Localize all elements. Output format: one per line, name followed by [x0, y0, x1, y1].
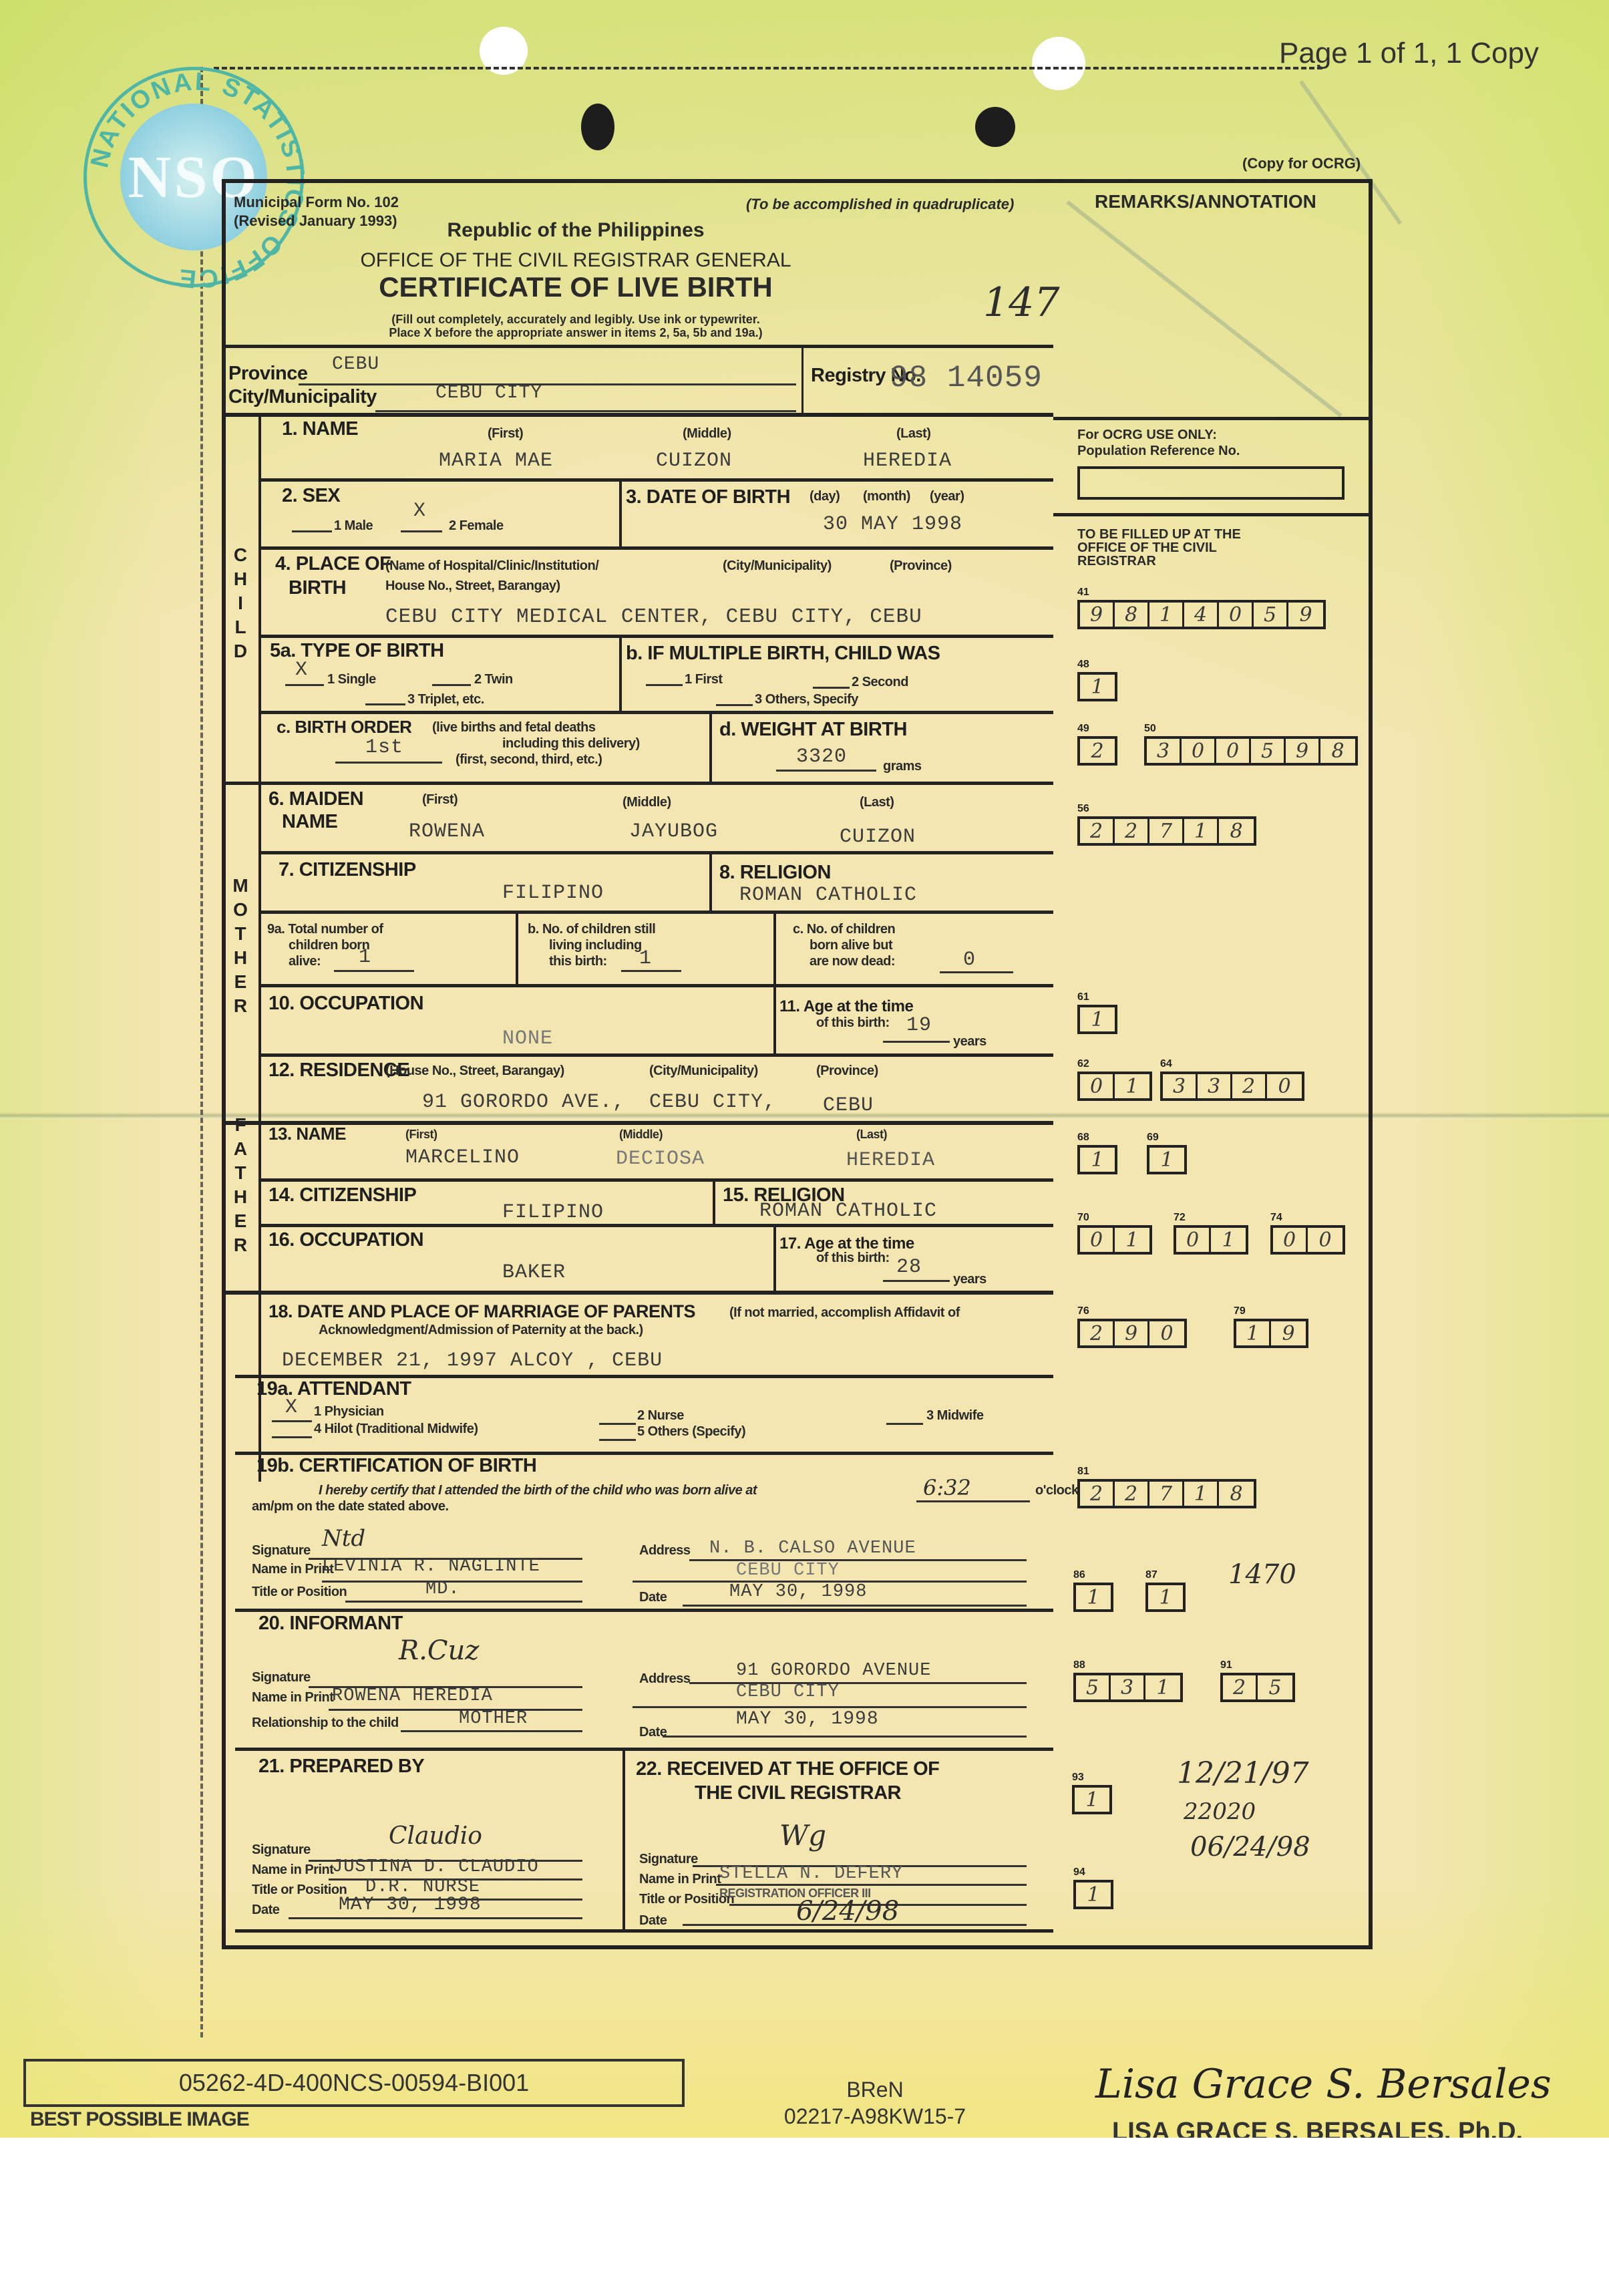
- code-93-boxes[interactable]: 1: [1072, 1785, 1112, 1814]
- pob-city-hint: (City/Municipality): [723, 558, 832, 574]
- child-first-name[interactable]: MARIA MAE: [439, 450, 553, 472]
- attendant-physician-mark[interactable]: X: [285, 1396, 298, 1419]
- born-alive-label: 9a. Total number of: [267, 922, 383, 937]
- code-label: 81: [1077, 1466, 1089, 1478]
- code-label: 72: [1174, 1212, 1186, 1224]
- certification-text: I hereby certify that I attended the bir…: [319, 1483, 757, 1498]
- code-label: 61: [1077, 991, 1089, 1003]
- ocrg-label: For OCRG USE ONLY:: [1077, 428, 1217, 443]
- informant-date[interactable]: MAY 30, 1998: [736, 1709, 879, 1730]
- code-48-boxes[interactable]: 1: [1077, 672, 1117, 701]
- province-label: Province: [228, 363, 308, 385]
- digit-cell[interactable]: 9: [1080, 603, 1115, 627]
- digit-cell[interactable]: 3: [1111, 1675, 1145, 1699]
- province-value[interactable]: CEBU: [332, 354, 379, 375]
- father-citizenship[interactable]: FILIPINO: [502, 1201, 604, 1224]
- digit-cell[interactable]: 1: [1184, 1482, 1219, 1506]
- birth-type-mark[interactable]: X: [295, 659, 308, 681]
- code-label: 70: [1077, 1212, 1089, 1224]
- digit-cell[interactable]: 1: [1149, 603, 1184, 627]
- code-56-boxes[interactable]: 2 2 7 1 8: [1077, 816, 1256, 846]
- date-label: Date: [639, 1725, 667, 1740]
- digit-cell[interactable]: 3: [1163, 1074, 1198, 1098]
- code-label: 68: [1077, 1132, 1089, 1144]
- preparer-name[interactable]: JUSTINA D. CLAUDIO: [332, 1857, 539, 1877]
- weight-value[interactable]: 3320: [796, 746, 847, 768]
- sex-female-option[interactable]: 2 Female: [449, 518, 504, 534]
- digit-cell[interactable]: 0: [1080, 1074, 1115, 1098]
- signature-label: Signature: [252, 1670, 311, 1685]
- maiden-name-label: 6. MAIDEN: [269, 788, 363, 810]
- attendant-signature[interactable]: Ntd: [322, 1525, 365, 1552]
- code-label: 48: [1077, 659, 1089, 671]
- digit-cell[interactable]: 0: [1308, 1228, 1343, 1252]
- digit-cell[interactable]: 9: [1271, 1321, 1306, 1345]
- digit-cell[interactable]: 1: [1080, 675, 1115, 699]
- multiple-birth-label: b. IF MULTIPLE BIRTH, CHILD WAS: [626, 643, 940, 665]
- city-label: City/Municipality: [228, 386, 377, 408]
- father-last-name[interactable]: HEREDIA: [846, 1149, 935, 1172]
- code-label: 74: [1270, 1212, 1282, 1224]
- attendant-date[interactable]: MAY 30, 1998: [729, 1582, 867, 1602]
- pob-label: BIRTH: [289, 577, 346, 599]
- mother-occupation-label: 10. OCCUPATION: [269, 993, 423, 1015]
- handwritten-date: 12/21/97: [1177, 1756, 1309, 1790]
- born-alive-label: children born: [289, 938, 369, 953]
- sex-male-option[interactable]: 1 Male: [334, 518, 373, 534]
- digit-cell[interactable]: 8: [1219, 819, 1254, 843]
- bren-number: 02217-A98KW15-7: [741, 2104, 1009, 2129]
- digit-cell[interactable]: 1: [1080, 1148, 1115, 1172]
- residence-street[interactable]: 91 GORORDO AVE.,: [422, 1091, 625, 1114]
- father-middle-name[interactable]: DECIOSA: [616, 1148, 705, 1170]
- form-number: Municipal Form No. 102: [234, 194, 399, 211]
- first-hint: (First): [488, 426, 523, 442]
- digit-cell[interactable]: 1: [1075, 1788, 1109, 1812]
- remarks-panel: REMARKS/ANNOTATION For OCRG USE ONLY: Po…: [1053, 179, 1373, 1949]
- page-title: CERTIFICATE OF LIVE BIRTH: [222, 271, 930, 303]
- father-occupation-label: 16. OCCUPATION: [269, 1229, 423, 1251]
- marriage-hint: (If not married, accomplish Affidavit of: [729, 1305, 960, 1321]
- date-label: Date: [639, 1590, 667, 1605]
- informant-signature[interactable]: R.Cuz: [399, 1635, 479, 1666]
- mother-citizenship[interactable]: FILIPINO: [502, 882, 604, 905]
- digit-cell[interactable]: 2: [1080, 1321, 1115, 1345]
- section-mother-label: MOTHER: [227, 874, 254, 1018]
- handwritten-mark: 147: [983, 279, 1060, 326]
- now-dead-label: born alive but: [810, 938, 892, 953]
- attendant-midwife-option[interactable]: 3 Midwife: [926, 1408, 984, 1424]
- code-label: 88: [1073, 1659, 1085, 1671]
- fill-up-label: OFFICE OF THE CIVIL: [1077, 541, 1217, 554]
- now-dead-value[interactable]: 0: [963, 949, 976, 971]
- birth-order-hint: (first, second, third, etc.): [456, 752, 602, 768]
- mother-age-label: of this birth:: [816, 1015, 890, 1031]
- pob-value[interactable]: CEBU CITY MEDICAL CENTER, CEBU CITY, CEB…: [385, 605, 922, 629]
- digit-cell[interactable]: 3: [1198, 1074, 1232, 1098]
- republic-heading: Republic of the Philippines: [222, 219, 930, 242]
- digit-cell[interactable]: 1: [1148, 1585, 1183, 1609]
- mother-age-unit: years: [953, 1034, 987, 1049]
- section-child-label: CHILD: [227, 543, 254, 663]
- digit-cell[interactable]: 5: [1076, 1675, 1111, 1699]
- first-hint: (First): [422, 792, 458, 808]
- born-alive-value[interactable]: 1: [359, 946, 371, 969]
- digit-cell[interactable]: 2: [1115, 1482, 1149, 1506]
- still-living-label: this birth:: [549, 954, 607, 969]
- digit-cell[interactable]: 0: [1176, 1228, 1211, 1252]
- digit-cell[interactable]: 2: [1232, 1074, 1267, 1098]
- fill-instructions: (Fill out completely, accurately and leg…: [222, 313, 930, 327]
- residence-hint: (City/Municipality): [649, 1063, 758, 1079]
- dob-value[interactable]: 30 MAY 1998: [823, 513, 962, 536]
- mother-first-name[interactable]: ROWENA: [409, 820, 485, 843]
- father-first-name[interactable]: MARCELINO: [405, 1146, 520, 1169]
- marriage-hint: Acknowledgment/Admission of Paternity at…: [319, 1323, 643, 1338]
- middle-hint: (Middle): [619, 1128, 663, 1142]
- code-91-boxes[interactable]: 2 5: [1220, 1673, 1295, 1702]
- father-citizenship-label: 14. CITIZENSHIP: [269, 1184, 416, 1206]
- mother-age[interactable]: 19: [906, 1014, 932, 1037]
- code-label: 94: [1073, 1866, 1085, 1878]
- now-dead-label: are now dead:: [810, 954, 895, 969]
- handwritten-note: 1470: [1228, 1559, 1296, 1590]
- digit-cell[interactable]: 1: [1149, 1148, 1184, 1172]
- name-in-print-label: Name in Print: [252, 1862, 333, 1878]
- fill-up-label: REGISTRAR: [1077, 554, 1156, 568]
- residence-city[interactable]: CEBU CITY,: [649, 1091, 776, 1114]
- birth-order-hint: (live births and fetal deaths: [432, 720, 595, 735]
- digit-cell[interactable]: 5: [1251, 739, 1286, 763]
- digit-cell[interactable]: 9: [1286, 739, 1320, 763]
- code-72-boxes[interactable]: 0 1: [1174, 1225, 1248, 1255]
- section-father-label: FATHER: [227, 1113, 254, 1257]
- relationship-label: Relationship to the child: [252, 1715, 399, 1731]
- code-label: 56: [1077, 803, 1089, 815]
- birth-order-value[interactable]: 1st: [365, 736, 403, 759]
- attendant-hilot-option[interactable]: 4 Hilot (Traditional Midwife): [314, 1422, 478, 1437]
- digit-cell[interactable]: 4: [1184, 603, 1219, 627]
- code-label: 69: [1147, 1132, 1159, 1144]
- code-74-boxes[interactable]: 0 0: [1270, 1225, 1345, 1255]
- fill-instructions: Place X before the appropriate answer in…: [222, 326, 930, 340]
- digit-cell[interactable]: 8: [1115, 603, 1149, 627]
- ink-blot: [581, 104, 614, 150]
- digit-cell[interactable]: 9: [1115, 1321, 1149, 1345]
- signature-label: Signature: [252, 1842, 311, 1858]
- code-label: 62: [1077, 1058, 1089, 1070]
- born-alive-label: alive:: [289, 954, 321, 969]
- dob-day-hint: (day): [810, 489, 840, 504]
- code-87-boxes[interactable]: 1: [1145, 1583, 1186, 1612]
- cut-line: [214, 67, 1322, 69]
- code-69-boxes[interactable]: 1: [1147, 1145, 1187, 1174]
- registrar-signature[interactable]: Wg: [779, 1819, 826, 1852]
- first-hint: (First): [405, 1128, 437, 1142]
- digit-cell[interactable]: 7: [1149, 819, 1184, 843]
- digit-cell[interactable]: 1: [1080, 1007, 1115, 1031]
- digit-cell[interactable]: 0: [1182, 739, 1216, 763]
- still-living-label: b. No. of children still: [528, 922, 655, 937]
- informant-address[interactable]: CEBU CITY: [736, 1682, 840, 1702]
- mother-age-label: 11. Age at the time: [779, 997, 913, 1016]
- pob-province-hint: (Province): [890, 558, 952, 574]
- weight-label: d. WEIGHT AT BIRTH: [719, 719, 907, 741]
- mother-middle-name[interactable]: JAYUBOG: [629, 820, 718, 843]
- prepared-by-label: 21. PREPARED BY: [258, 1756, 424, 1778]
- title-label: Title or Position: [252, 1585, 347, 1600]
- birth-type-twin[interactable]: 2 Twin: [474, 672, 513, 687]
- father-age-label: of this birth:: [816, 1251, 890, 1266]
- attendant-name[interactable]: LEVINIA R. NAGLINTE: [322, 1556, 540, 1577]
- code-41-boxes[interactable]: 9 8 1 4 0 5 9: [1077, 600, 1326, 629]
- received-label: 22. RECEIVED AT THE OFFICE OF: [636, 1758, 939, 1780]
- last-hint: (Last): [896, 426, 930, 442]
- reference-number-box: 05262-4D-400NCS-00594-BI001: [23, 2059, 685, 2107]
- sex-label: 2. SEX: [282, 485, 340, 507]
- signatory-name: LISA GRACE S. BERSALES, Ph.D.: [1112, 2118, 1523, 2138]
- mother-last-name[interactable]: CUIZON: [840, 826, 916, 848]
- date-label: Date: [252, 1903, 279, 1918]
- reference-number: 05262-4D-400NCS-00594-BI001: [179, 2069, 529, 2097]
- code-50-boxes[interactable]: 3 0 0 5 9 8: [1144, 736, 1358, 766]
- digit-cell[interactable]: 1: [1076, 1585, 1111, 1609]
- punch-hole: [1032, 37, 1085, 90]
- father-religion[interactable]: ROMAN CATHOLIC: [759, 1200, 937, 1222]
- father-name-label: 13. NAME: [269, 1124, 346, 1144]
- attendant-title[interactable]: MD.: [425, 1579, 460, 1599]
- multiple-first-option[interactable]: 1 First: [685, 672, 723, 687]
- code-label: 93: [1072, 1772, 1084, 1784]
- informant-label: 20. INFORMANT: [258, 1613, 403, 1635]
- code-label: 87: [1145, 1569, 1157, 1581]
- mother-occupation[interactable]: NONE: [502, 1027, 553, 1050]
- digit-cell[interactable]: 5: [1258, 1675, 1292, 1699]
- title-label: Title or Position: [252, 1882, 347, 1898]
- weight-unit: grams: [883, 759, 922, 774]
- digit-cell[interactable]: 0: [1219, 603, 1254, 627]
- digit-cell[interactable]: 1: [1211, 1228, 1246, 1252]
- mother-citizenship-label: 7. CITIZENSHIP: [279, 859, 416, 881]
- digit-cell[interactable]: 8: [1219, 1482, 1254, 1506]
- child-middle-name[interactable]: CUIZON: [656, 450, 732, 472]
- residence-hint: (House No., Street, Barangay): [385, 1063, 564, 1079]
- city-value[interactable]: CEBU CITY: [435, 383, 542, 403]
- code-76-boxes[interactable]: 2 9 0: [1077, 1319, 1187, 1348]
- still-living-label: living including: [549, 938, 642, 953]
- father-occupation[interactable]: BAKER: [502, 1261, 566, 1284]
- pob-hint: (Name of Hospital/Clinic/Institution/: [385, 558, 598, 574]
- bren-label: BReN: [741, 2078, 1009, 2102]
- remarks-title: REMARKS/ANNOTATION: [1095, 191, 1316, 212]
- ink-blot: [975, 107, 1015, 147]
- birth-order-hint: including this delivery): [502, 736, 640, 752]
- handwritten-date: 06/24/98: [1190, 1832, 1310, 1862]
- preparer-date[interactable]: MAY 30, 1998: [339, 1895, 482, 1915]
- attendant-nurse-option[interactable]: 2 Nurse: [637, 1408, 684, 1424]
- signature-label: Signature: [252, 1543, 311, 1559]
- digit-cell[interactable]: 5: [1254, 603, 1288, 627]
- now-dead-label: c. No. of children: [793, 922, 895, 937]
- authorized-signature: Lisa Grace S. Bersales: [1095, 2061, 1552, 2108]
- digit-cell[interactable]: 1: [1184, 819, 1219, 843]
- birth-order-label: c. BIRTH ORDER: [277, 717, 411, 737]
- digit-cell[interactable]: 1: [1076, 1882, 1111, 1907]
- received-label: THE CIVIL REGISTRAR: [695, 1782, 901, 1804]
- residence-hint: (Province): [816, 1063, 878, 1079]
- code-label: 76: [1077, 1305, 1089, 1317]
- birth-certificate-form: Municipal Form No. 102 (Revised January …: [222, 179, 1053, 1949]
- birth-time[interactable]: 6:32: [923, 1475, 971, 1500]
- pob-hint: House No., Street, Barangay): [385, 579, 560, 594]
- digit-cell[interactable]: 2: [1080, 1482, 1115, 1506]
- code-49-boxes[interactable]: 2: [1077, 736, 1117, 766]
- name-in-print-label: Name in Print: [639, 1872, 721, 1887]
- birth-type-single[interactable]: 1 Single: [327, 672, 376, 687]
- handwritten-number: 22020: [1184, 1798, 1256, 1825]
- quadruplicate-note: (To be accomplished in quadruplicate): [746, 196, 1014, 213]
- marriage-label: 18. DATE AND PLACE OF MARRIAGE OF PARENT…: [269, 1301, 695, 1322]
- registrar-name[interactable]: STELLA N. DEFERY: [719, 1864, 903, 1884]
- digit-cell[interactable]: 0: [1216, 739, 1251, 763]
- code-label: 49: [1077, 723, 1089, 735]
- birth-type-triplet[interactable]: 3 Triplet, etc.: [407, 692, 484, 707]
- pob-label: 4. PLACE OF: [275, 553, 391, 575]
- cut-line: [200, 67, 203, 2037]
- maiden-name-label: NAME: [282, 811, 337, 833]
- digit-cell[interactable]: 2: [1080, 739, 1115, 763]
- digit-cell[interactable]: 9: [1288, 603, 1323, 627]
- preparer-signature[interactable]: Claudio: [389, 1822, 482, 1850]
- attendant-others-option[interactable]: 5 Others (Specify): [637, 1424, 745, 1440]
- father-age[interactable]: 28: [896, 1256, 922, 1279]
- code-70-boxes[interactable]: 0 1: [1077, 1225, 1152, 1255]
- name-in-print-label: Name in Print: [252, 1690, 333, 1705]
- child-last-name[interactable]: HEREDIA: [863, 450, 952, 472]
- dob-month-hint: (month): [863, 489, 910, 504]
- code-62-boxes[interactable]: 0 1: [1077, 1072, 1152, 1101]
- sex-female-mark[interactable]: X: [413, 500, 426, 522]
- attendant-label: 19a. ATTENDANT: [256, 1378, 411, 1400]
- digit-cell[interactable]: 0: [1149, 1321, 1184, 1345]
- population-reference-input[interactable]: [1077, 466, 1345, 500]
- digit-cell[interactable]: 0: [1267, 1074, 1302, 1098]
- registry-number[interactable]: 98 14059: [890, 361, 1043, 395]
- digit-cell[interactable]: 1: [1236, 1321, 1271, 1345]
- digit-cell[interactable]: 2: [1080, 819, 1115, 843]
- code-label: 79: [1234, 1305, 1246, 1317]
- informant-address[interactable]: 91 GORORDO AVENUE: [736, 1661, 931, 1681]
- code-label: 86: [1073, 1569, 1085, 1581]
- digit-cell[interactable]: 1: [1115, 1074, 1149, 1098]
- middle-hint: (Middle): [622, 795, 671, 810]
- attendant-address[interactable]: N. B. CALSO AVENUE: [709, 1538, 916, 1559]
- multiple-second-option[interactable]: 2 Second: [852, 675, 908, 690]
- code-label: 50: [1144, 723, 1156, 735]
- signature-label: Signature: [639, 1852, 698, 1867]
- page-margin: [0, 2138, 1609, 2296]
- copy-for-ocrg: (Copy for OCRG): [1242, 155, 1361, 172]
- code-label: 91: [1220, 1659, 1232, 1671]
- registrar-date[interactable]: 6/24/98: [796, 1896, 899, 1927]
- code-86-boxes[interactable]: 1: [1073, 1583, 1113, 1612]
- page-counter: Page 1 of 1, 1 Copy: [1279, 37, 1539, 70]
- best-image-label: BEST POSSIBLE IMAGE: [30, 2108, 249, 2131]
- code-79-boxes[interactable]: 1 9: [1234, 1319, 1308, 1348]
- dob-year-hint: (year): [930, 489, 964, 504]
- digit-cell[interactable]: 0: [1273, 1228, 1308, 1252]
- still-living-value[interactable]: 1: [639, 947, 652, 970]
- code-61-boxes[interactable]: 1: [1077, 1005, 1117, 1034]
- digit-cell[interactable]: 0: [1080, 1228, 1115, 1252]
- code-81-boxes[interactable]: 2 2 7 1 8: [1077, 1479, 1256, 1508]
- marriage-value[interactable]: DECEMBER 21, 1997 ALCOY , CEBU: [282, 1349, 663, 1372]
- informant-name[interactable]: ROWENA HEREDIA: [332, 1686, 493, 1706]
- code-94-boxes[interactable]: 1: [1073, 1880, 1113, 1909]
- ocrg-label: Population Reference No.: [1077, 444, 1240, 459]
- digit-cell[interactable]: 1: [1145, 1675, 1180, 1699]
- attendant-physician-option[interactable]: 1 Physician: [314, 1404, 384, 1420]
- code-88-boxes[interactable]: 5 3 1: [1073, 1673, 1183, 1702]
- date-label: Date: [639, 1913, 667, 1929]
- digit-cell[interactable]: 8: [1320, 739, 1355, 763]
- child-name-label: 1. NAME: [282, 418, 358, 440]
- mother-religion-label: 8. RELIGION: [719, 862, 831, 884]
- office-heading: OFFICE OF THE CIVIL REGISTRAR GENERAL: [222, 249, 930, 272]
- code-label: 41: [1077, 587, 1089, 599]
- informant-relationship[interactable]: MOTHER: [459, 1709, 528, 1729]
- code-64-boxes[interactable]: 3 3 2 0: [1160, 1072, 1304, 1101]
- multiple-others-option[interactable]: 3 Others, Specify: [755, 692, 858, 707]
- certification-text: am/pm on the date stated above.: [252, 1499, 449, 1514]
- certification-label: 19b. CERTIFICATION OF BIRTH: [256, 1455, 536, 1477]
- fill-up-label: TO BE FILLED UP AT THE: [1077, 528, 1241, 541]
- residence-province[interactable]: CEBU: [823, 1094, 874, 1117]
- attendant-address[interactable]: CEBU CITY: [736, 1561, 840, 1581]
- digit-cell[interactable]: 2: [1115, 819, 1149, 843]
- last-hint: (Last): [860, 795, 894, 810]
- dob-label: 3. DATE OF BIRTH: [626, 486, 790, 508]
- last-hint: (Last): [856, 1128, 887, 1142]
- middle-hint: (Middle): [683, 426, 731, 442]
- code-68-boxes[interactable]: 1: [1077, 1145, 1117, 1174]
- digit-cell[interactable]: 2: [1223, 1675, 1258, 1699]
- digit-cell[interactable]: 7: [1149, 1482, 1184, 1506]
- address-label: Address: [639, 1543, 691, 1559]
- digit-cell[interactable]: 3: [1147, 739, 1182, 763]
- digit-cell[interactable]: 1: [1115, 1228, 1149, 1252]
- mother-religion[interactable]: ROMAN CATHOLIC: [739, 884, 917, 907]
- father-age-unit: years: [953, 1272, 987, 1287]
- address-label: Address: [639, 1671, 691, 1687]
- code-label: 64: [1160, 1058, 1172, 1070]
